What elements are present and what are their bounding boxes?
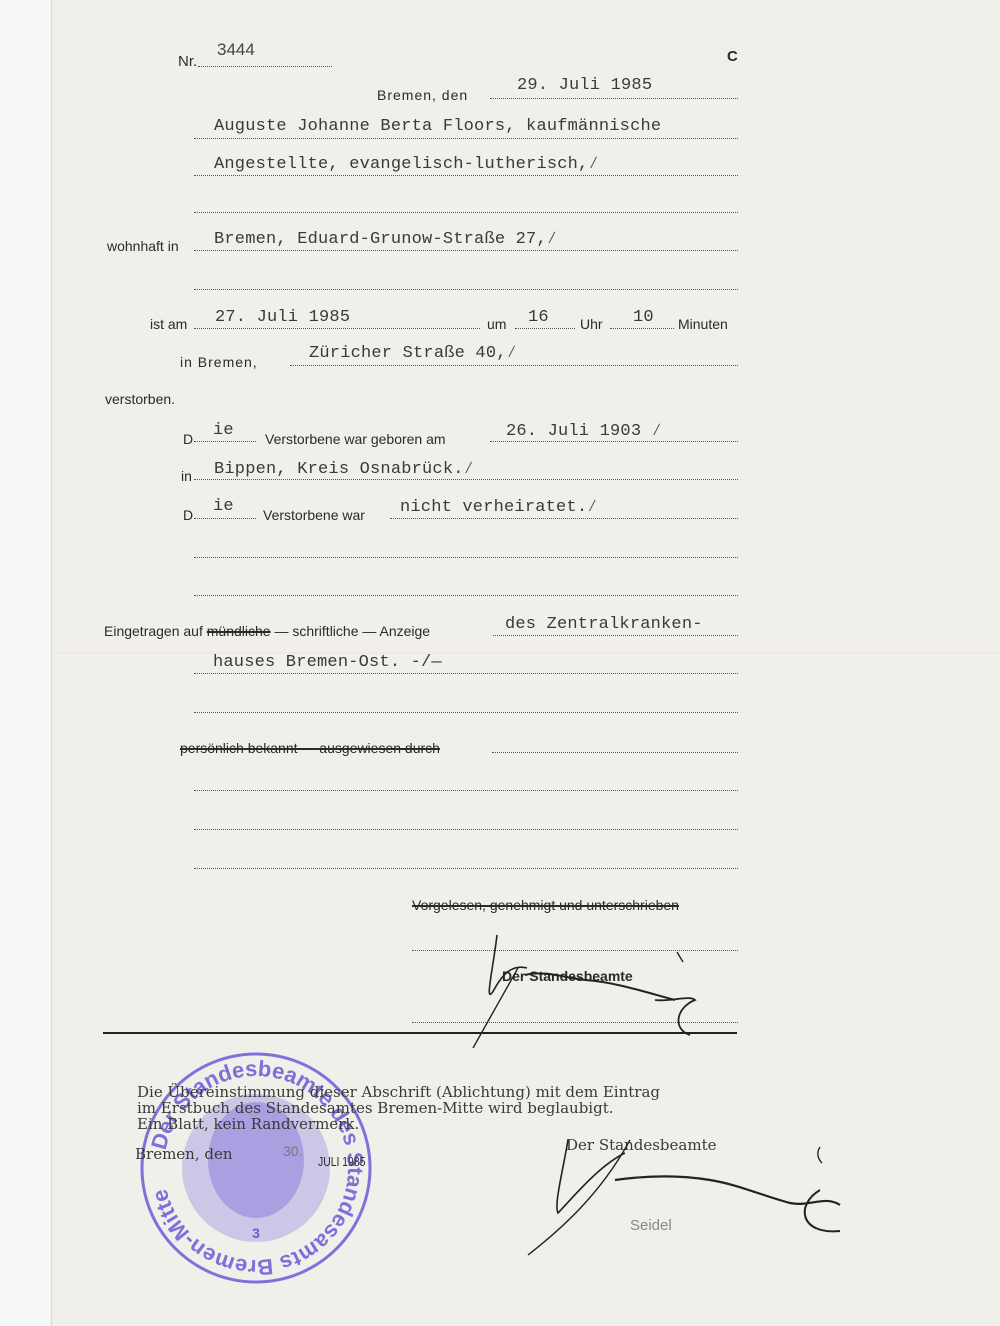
- marital-article-line: [194, 518, 256, 519]
- registered-struck-option: mündliche: [207, 623, 271, 639]
- registered-label-post: — schriftliche — Anzeige: [274, 623, 430, 639]
- identified-line: [492, 752, 738, 753]
- hour-pre-label: um: [487, 316, 506, 332]
- registered-label-pre: Eingetragen auf: [104, 623, 203, 639]
- birth-date-value: 26. Juli 1903 ∕: [506, 422, 662, 441]
- death-place-label: in Bremen,: [180, 354, 258, 370]
- blank-line: [194, 212, 738, 213]
- nr-label: Nr.: [178, 53, 197, 70]
- blank-line-4: [194, 790, 738, 791]
- certification-registrar-label: Der Standesbeamte: [566, 1136, 716, 1154]
- birth-place-line: [194, 479, 738, 480]
- hour-value: 16: [528, 308, 549, 327]
- birth-place-label: in: [181, 468, 192, 484]
- registrar-label: Der Standesbeamte: [502, 968, 633, 984]
- blank-line-2: [194, 557, 738, 558]
- blank-line-5: [194, 829, 738, 830]
- birth-date-line: [490, 441, 738, 442]
- registered-value-1: des Zentralkranken-: [505, 615, 703, 634]
- death-date-label: ist am: [150, 316, 187, 332]
- signature-line-2: [412, 1022, 738, 1023]
- name-line-2: Angestellte, evangelisch-lutherisch,∕: [214, 155, 599, 174]
- section-divider: [103, 1032, 737, 1034]
- minute-line: [610, 328, 674, 329]
- registered-label: Eingetragen auf mündliche — schriftliche…: [104, 623, 430, 639]
- certification-line-3: Ein Blatt, kein Randvermerk.: [137, 1115, 359, 1133]
- marital-line: [390, 518, 738, 519]
- issue-date: 29. Juli 1985: [517, 76, 652, 95]
- minute-value: 10: [633, 308, 654, 327]
- nr-value: 3444: [217, 40, 255, 60]
- marital-prefix: D: [183, 507, 193, 523]
- registered-line-2: [194, 673, 738, 674]
- death-place-value: Züricher Straße 40,∕: [309, 344, 517, 363]
- hour-label: Uhr: [580, 316, 603, 332]
- death-place-line: [290, 365, 738, 366]
- blank-line-3: [194, 595, 738, 596]
- certification-date-stamp: JULI 1985: [318, 1154, 365, 1169]
- issue-date-line: [490, 98, 738, 99]
- death-date-line: [194, 328, 480, 329]
- registrar-name-stamp: Seidel: [630, 1217, 672, 1234]
- birth-prefix: D: [183, 431, 193, 447]
- registered-line-1: [493, 635, 738, 636]
- nr-field-line: [198, 66, 332, 67]
- name-line-2-rule: [194, 175, 738, 176]
- name-line-1: Auguste Johanne Berta Floors, kaufmännis…: [214, 117, 661, 136]
- residence-line-2: [194, 289, 738, 290]
- certification-date-handwritten: 30.: [283, 1143, 302, 1159]
- hour-line: [515, 328, 575, 329]
- name-line-1-rule: [194, 138, 738, 139]
- registered-value-2: hauses Bremen-Ost. -/—: [213, 653, 442, 672]
- blank-line-6: [194, 868, 738, 869]
- paper-fold: [52, 652, 1000, 656]
- certification-place-date-label: Bremen, den: [135, 1145, 233, 1163]
- death-date-value: 27. Juli 1985: [215, 308, 350, 327]
- place-date-label: Bremen, den: [377, 87, 468, 103]
- deceased-label: verstorben.: [105, 391, 175, 407]
- identified-struck: persönlich bekannt — ausgewiesen durch: [180, 740, 440, 756]
- registered-line-3: [194, 712, 738, 713]
- marital-label: Verstorbene war: [263, 507, 365, 523]
- birth-label: Verstorbene war geboren am: [265, 431, 446, 447]
- birth-article: ie: [213, 421, 234, 440]
- residence-value: Bremen, Eduard-Grunow-Straße 27,∕: [214, 230, 557, 249]
- read-approved-struck: Vorgelesen, genehmigt und unterschrieben: [412, 897, 679, 913]
- marital-article: ie: [213, 497, 234, 516]
- form-code: C: [727, 48, 738, 65]
- birth-place-value: Bippen, Kreis Osnabrück.∕: [214, 460, 474, 479]
- marital-value: nicht verheiratet.∕: [400, 498, 598, 517]
- birth-article-line: [194, 441, 256, 442]
- signature-line-1: [412, 950, 738, 951]
- minute-label: Minuten: [678, 316, 728, 332]
- residence-label: wohnhaft in: [107, 238, 179, 254]
- residence-line: [194, 250, 738, 251]
